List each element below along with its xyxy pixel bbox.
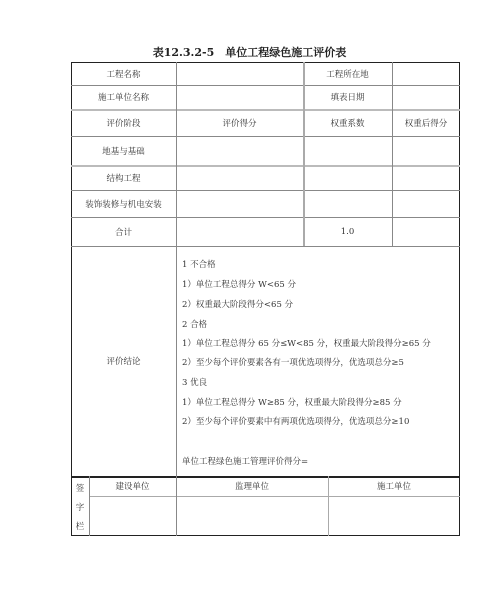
stage-score-field[interactable] [176, 165, 303, 190]
project-location-label: 工程所在地 [303, 62, 392, 85]
signature-label-char: 字 [71, 497, 89, 516]
header-weight: 权重系数 [303, 109, 392, 136]
project-name-label: 工程名称 [71, 62, 176, 85]
conclusion-line: 1）单位工程总得分 65 分≤W<85 分，权重最大阶段得分≥65 分 [182, 337, 431, 349]
stage-weight-field[interactable] [303, 165, 392, 190]
conclusion-line: 1）单位工程总得分 W≥85 分，权重最大阶段得分≥85 分 [182, 396, 402, 408]
stage-name: 地基与基础 [71, 136, 176, 165]
total-weighted-field[interactable] [392, 217, 460, 246]
header-weighted-score: 权重后得分 [392, 109, 460, 136]
conclusion-line: 1 不合格 [182, 258, 216, 270]
project-location-field[interactable] [392, 62, 460, 85]
signature-col-owner: 建设单位 [89, 476, 176, 496]
conclusion-line: 2）至少每个评价要素各有一项优选项得分，优选项总分≥5 [182, 356, 404, 368]
stage-name: 结构工程 [71, 165, 176, 190]
project-name-field[interactable] [176, 62, 303, 85]
stage-score-field[interactable] [176, 190, 303, 217]
stage-weighted-field[interactable] [392, 190, 460, 217]
contractor-field[interactable] [176, 85, 303, 109]
stage-weighted-field[interactable] [392, 165, 460, 190]
conclusion-label: 评价结论 [71, 246, 176, 476]
conclusion-line: 2）权重最大阶段得分<65 分 [182, 298, 293, 310]
signature-field-contractor[interactable] [328, 497, 460, 536]
conclusion-line: 1）单位工程总得分 W<65 分 [182, 278, 296, 290]
signature-col-contractor: 施工单位 [328, 476, 460, 496]
conclusion-score-line: 单位工程绿色施工管理评价得分= [182, 455, 308, 467]
total-label: 合计 [71, 217, 176, 246]
stage-weight-field[interactable] [303, 190, 392, 217]
conclusion-line: 2 合格 [182, 318, 207, 330]
contractor-label: 施工单位名称 [71, 85, 176, 109]
fill-date-label: 填表日期 [303, 85, 392, 109]
signature-field-supervisor[interactable] [176, 497, 328, 536]
stage-weight-field[interactable] [303, 136, 392, 165]
total-weight-value: 1.0 [303, 217, 392, 246]
conclusion-line: 3 优良 [182, 376, 207, 388]
stage-name: 装饰装修与机电安装 [71, 190, 176, 217]
signature-label-char: 栏 [71, 516, 89, 535]
stage-weighted-field[interactable] [392, 136, 460, 165]
header-score: 评价得分 [176, 109, 303, 136]
header-stage: 评价阶段 [71, 109, 176, 136]
stage-score-field[interactable] [176, 136, 303, 165]
conclusion-line: 2）至少每个评价要素中有两项优选项得分，优选项总分≥10 [182, 415, 409, 427]
table-title: 表12.3.2-5 单位工程绿色施工评价表 [0, 44, 499, 60]
fill-date-field[interactable] [392, 85, 460, 109]
signature-field-owner[interactable] [89, 497, 176, 536]
signature-col-supervisor: 监理单位 [176, 476, 328, 496]
total-score-field[interactable] [176, 217, 303, 246]
signature-label-char: 签 [71, 478, 89, 497]
